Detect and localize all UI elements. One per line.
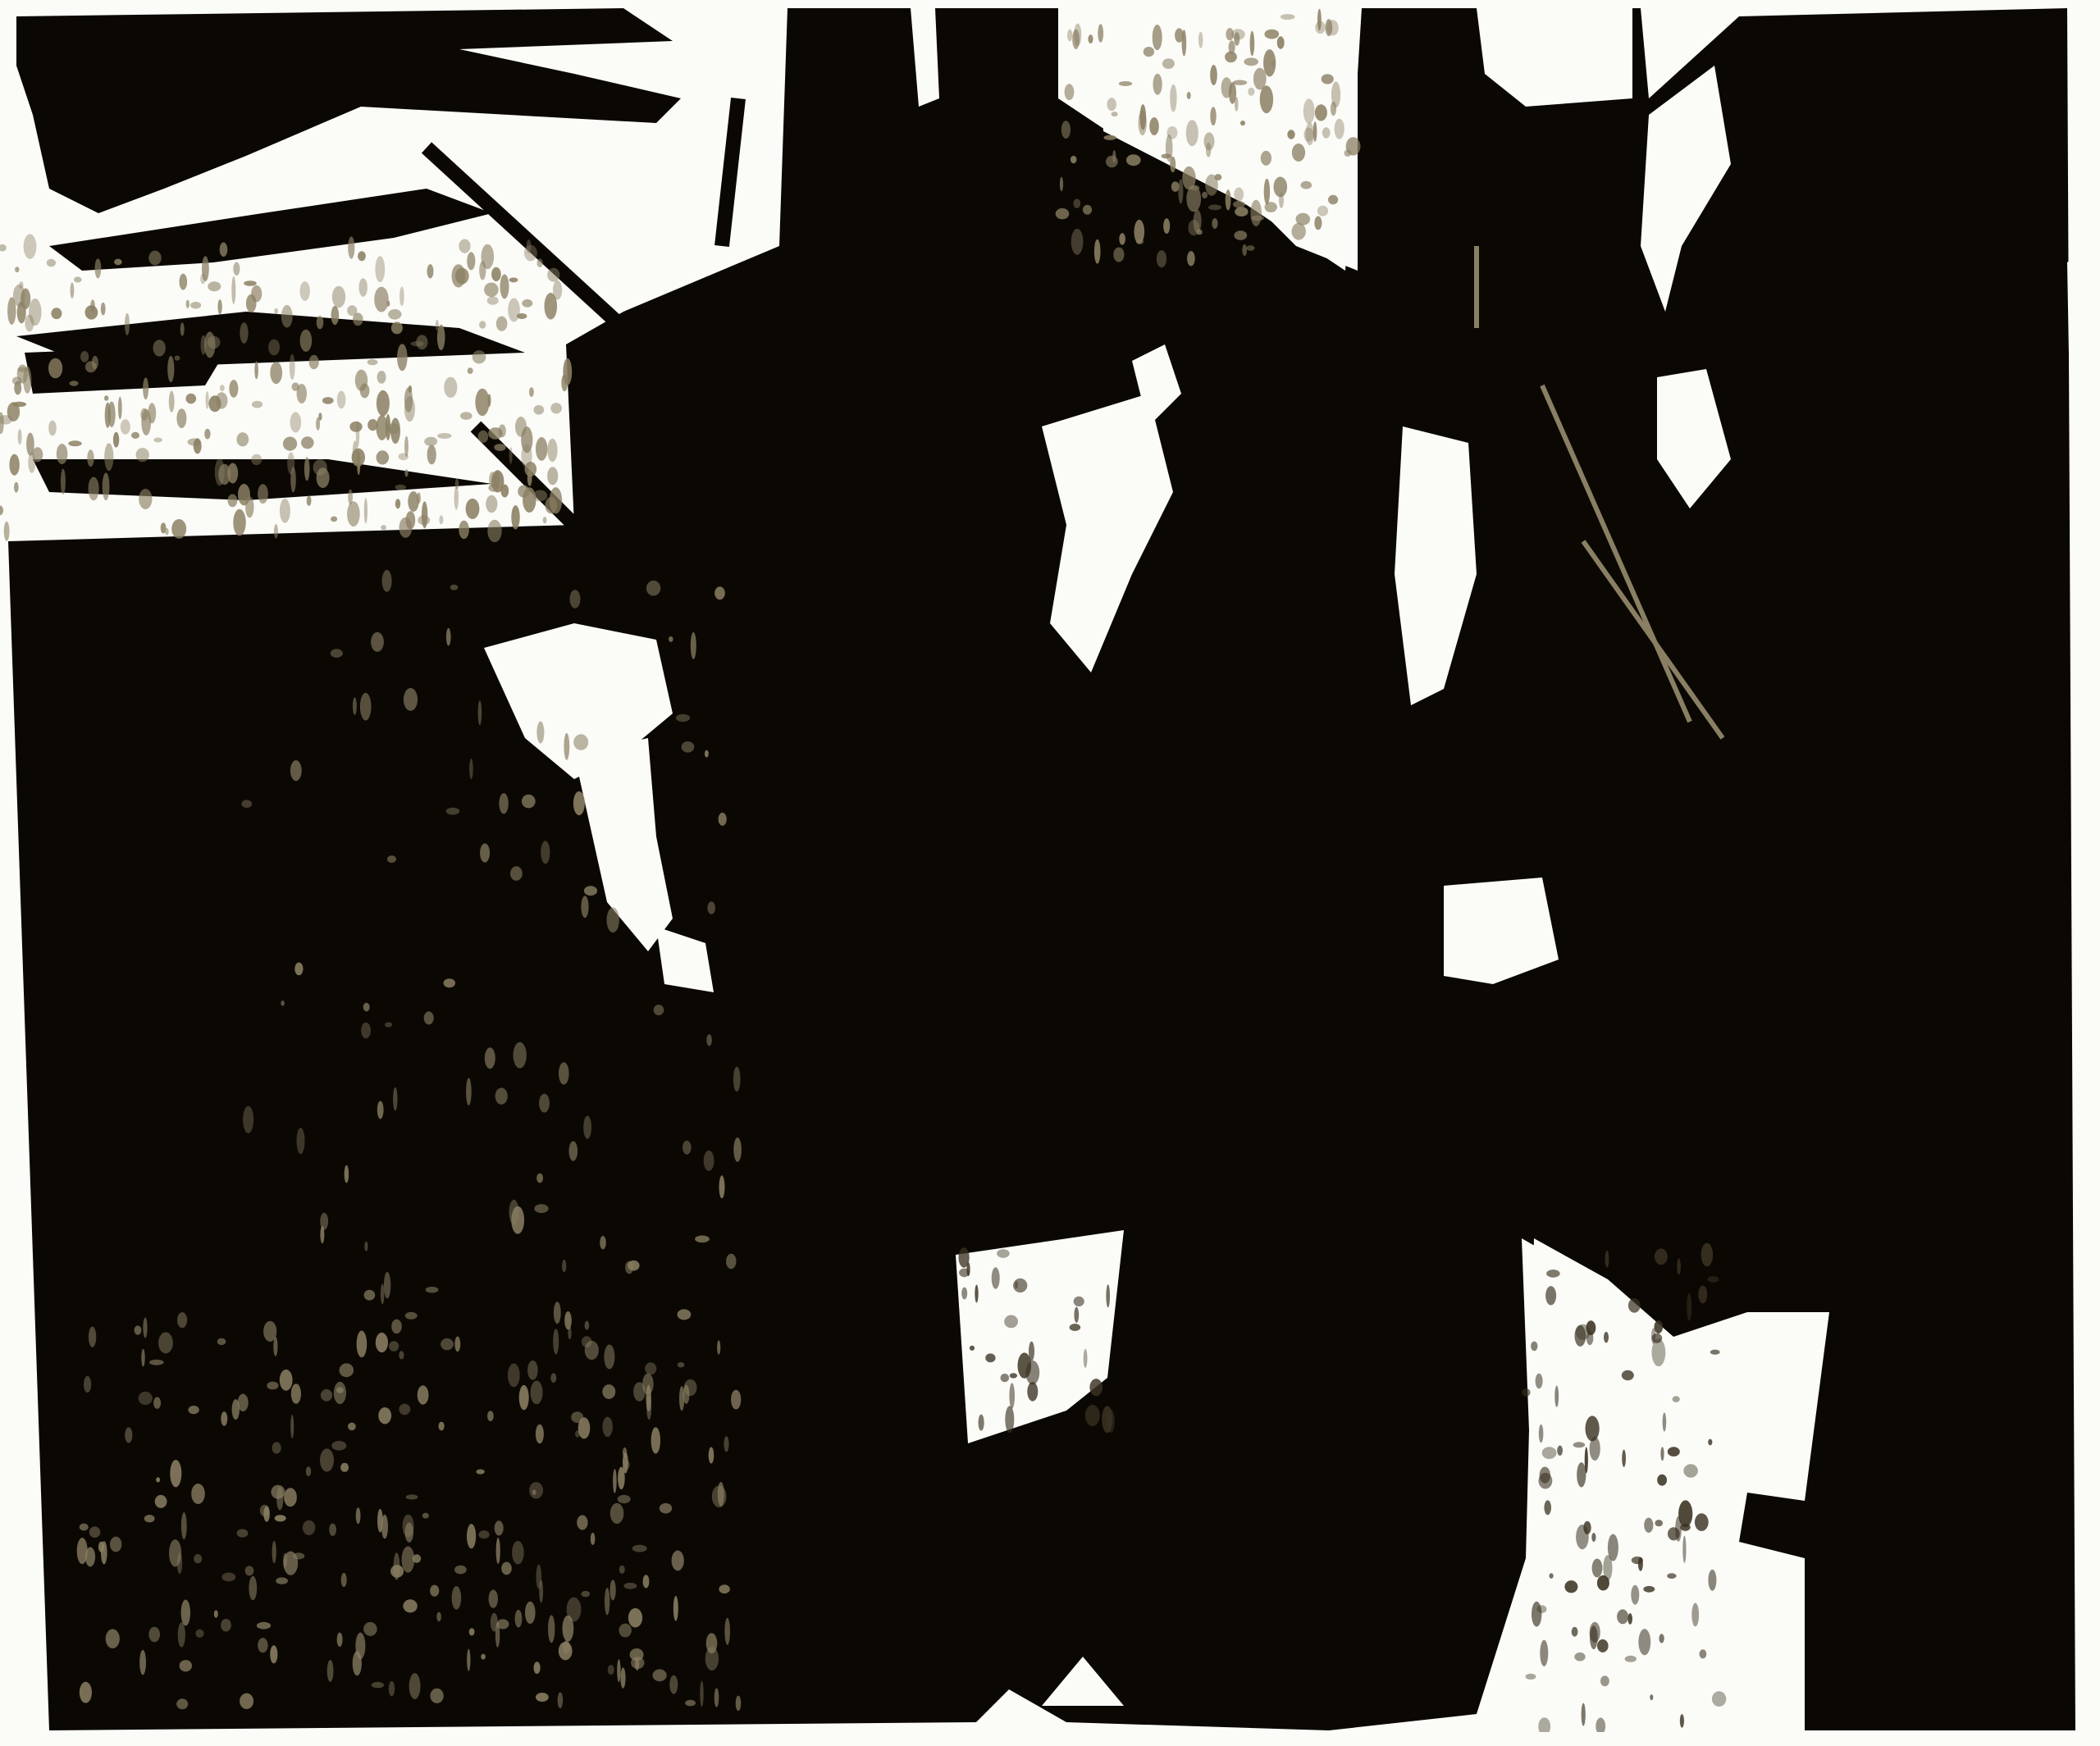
photograph bbox=[0, 0, 2100, 1746]
bottom-paper-border bbox=[0, 1732, 2100, 1746]
right-paper-border bbox=[2079, 0, 2100, 1746]
